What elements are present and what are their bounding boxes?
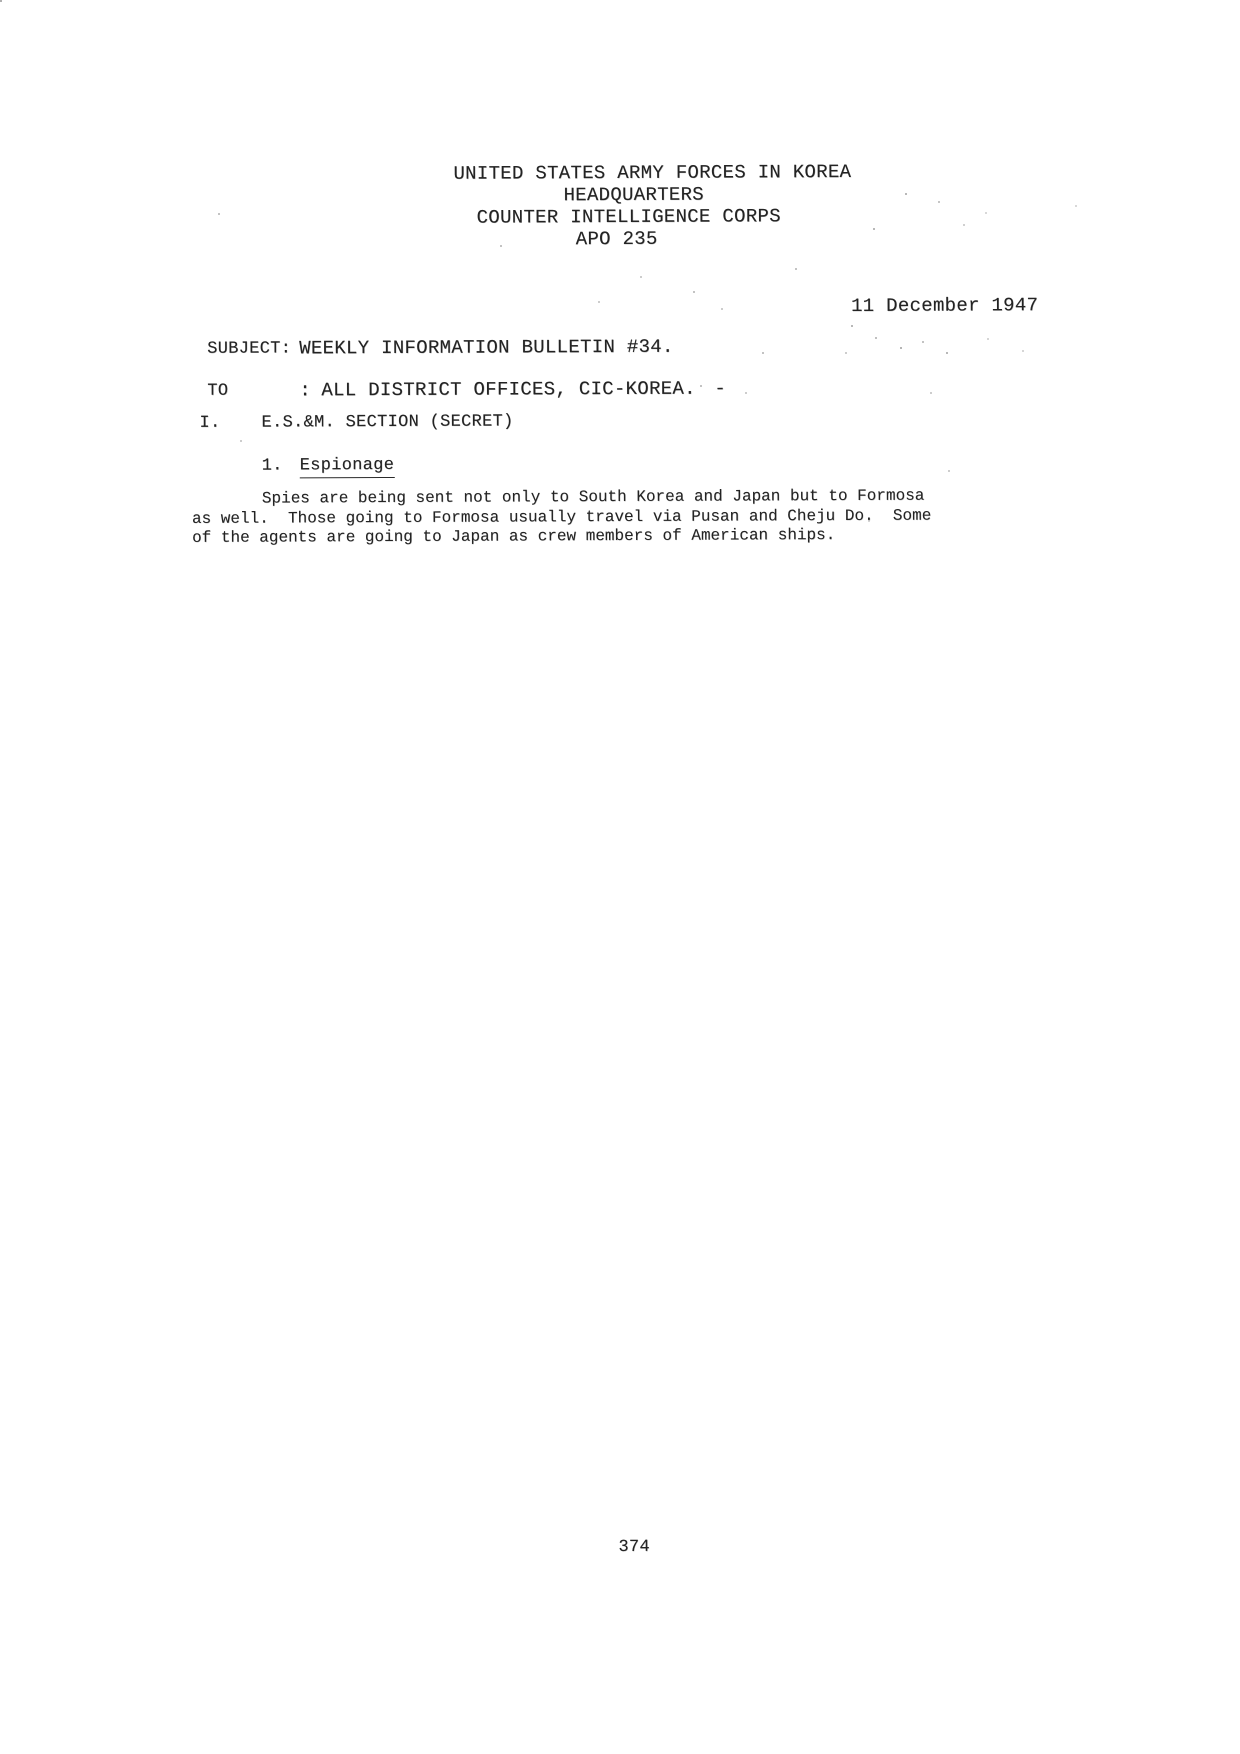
subject-value: WEEKLY INFORMATION BULLETIN #34.: [299, 336, 674, 360]
section-title: E.S.&M. SECTION (SECRET): [262, 412, 514, 433]
letterhead-org-line: UNITED STATES ARMY FORCES IN KOREA: [453, 161, 851, 185]
section-numeral: I.: [200, 414, 221, 434]
to-value: ALL DISTRICT OFFICES, CIC-KOREA.: [321, 378, 696, 402]
scan-noise-speckles: [0, 0, 2, 2]
paragraph-line: Spies are being sent not only to South K…: [192, 486, 972, 509]
to-colon: :: [299, 379, 311, 401]
item-number: 1.: [262, 456, 283, 476]
to-label: TO: [207, 382, 228, 402]
document-content: UNITED STATES ARMY FORCES IN KOREA HEADQ…: [0, 0, 1240, 1754]
letterhead-headquarters-line: HEADQUARTERS: [564, 184, 705, 207]
paragraph-line: of the agents are going to Japan as crew…: [192, 525, 972, 548]
document-date: 11 December 1947: [851, 294, 1038, 317]
scanned-document-page: UNITED STATES ARMY FORCES IN KOREA HEADQ…: [0, 0, 1240, 1754]
letterhead-apo-line: APO 235: [576, 228, 658, 250]
to-trailing-dash: -: [714, 378, 726, 400]
item-title-espionage: Espionage: [300, 456, 395, 478]
body-paragraph: Spies are being sent not only to South K…: [192, 486, 972, 548]
subject-label: SUBJECT:: [207, 339, 291, 359]
letterhead-counter-intelligence-line: COUNTER INTELLIGENCE CORPS: [477, 205, 781, 228]
page-number: 374: [618, 1538, 650, 1558]
paragraph-line: as well. Those going to Formosa usually …: [192, 506, 972, 529]
